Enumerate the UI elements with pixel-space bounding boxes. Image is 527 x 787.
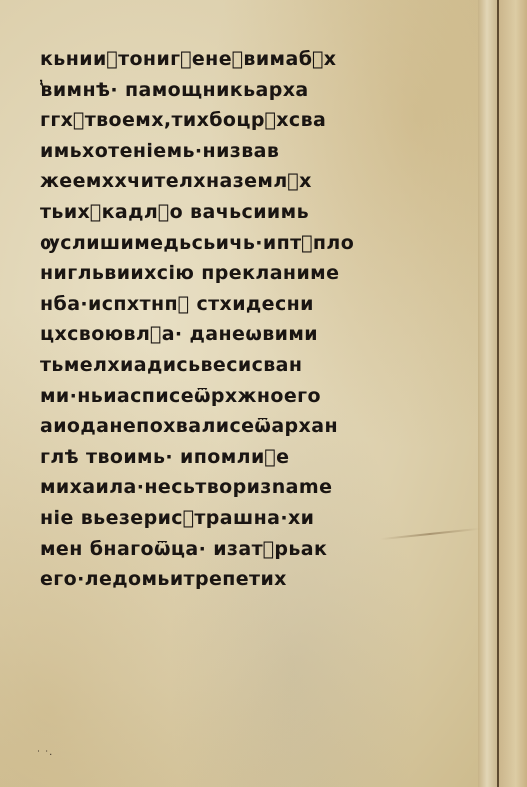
- text-line-16: ніе вьезерисⷮтрашна·хи: [40, 503, 470, 534]
- text-line-9: нба·испхтнпⷬ стхидесни: [40, 289, 470, 320]
- text-line-18: его·ледомьитрепетих: [40, 564, 470, 595]
- text-line-17: мен бнагоѿца· изатⷭрьак: [40, 534, 470, 565]
- manuscript-text-block: кьнииⷮтонигⷭенеⷣвимабⷭх ⷣвимнѣ· памощник…: [40, 44, 470, 595]
- text-line-15: михаила·несьтворизname: [40, 472, 470, 503]
- text-line-7: ѹслишимедьсьичь·иптⷪпло: [40, 228, 470, 259]
- text-line-8: нигльвиихсію прекланиме: [40, 258, 470, 289]
- adjacent-page-edge: [499, 0, 527, 787]
- text-line-14: глѣ твоимь· ипомлиⷭе: [40, 442, 470, 473]
- text-line-10: цхсвоювлⷣа· данеѡвими: [40, 319, 470, 350]
- page-edge: [478, 0, 498, 787]
- text-line-1: кьнииⷮтонигⷭенеⷣвимабⷭх: [40, 44, 470, 75]
- ink-specks: ˙ ˙·: [36, 750, 52, 761]
- text-line-2: ⷣвимнѣ· памощникьарха: [40, 75, 470, 106]
- text-line-12: ми·ньиасписеѿрхжноего: [40, 381, 470, 412]
- text-line-5: жеемххчителхназемлⷭх: [40, 166, 470, 197]
- text-line-6: тьихⷭкадлⷣо вачьсиимь: [40, 197, 470, 228]
- text-line-11: тьмелхиадисьвесисван: [40, 350, 470, 381]
- text-line-4: имьхотеніемь·низвав: [40, 136, 470, 167]
- text-line-13: аиоданепохвалисеѿархан: [40, 411, 470, 442]
- text-line-3: ггхⷮтвоемх,тихбоцрⷭхсва: [40, 105, 470, 136]
